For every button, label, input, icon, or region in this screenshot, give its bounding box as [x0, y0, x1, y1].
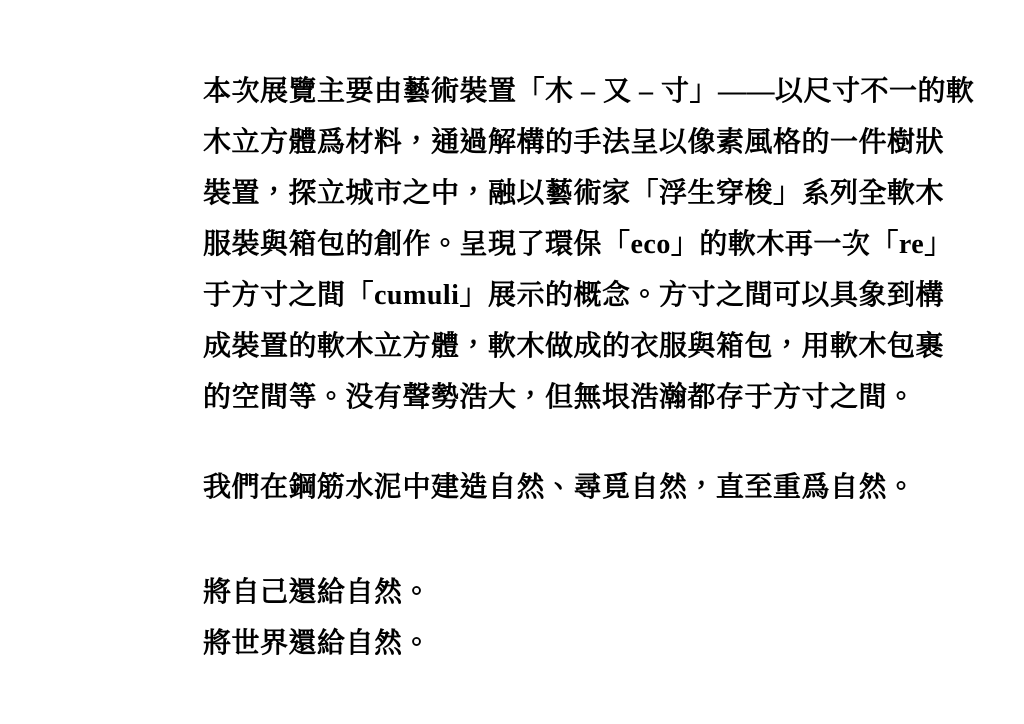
paragraph-nature-statement: 我們在鋼筋水泥中建造自然、尋覓自然，直至重爲自然。 [203, 462, 843, 513]
paragraph1-line: 服裝與箱包的創作。呈現了環保「eco」的軟木再一次「re」 [203, 219, 843, 270]
paragraph1-line: 的空間等。没有聲勢浩大，但無垠浩瀚都存于方寸之間。 [203, 372, 843, 423]
document-page: 本次展覽主要由藝術裝置「木 – 又 – 寸」——以尺寸不一的軟 木立方體爲材料，… [0, 0, 1024, 724]
text-block: 本次展覽主要由藝術裝置「木 – 又 – 寸」——以尺寸不一的軟 木立方體爲材料，… [203, 66, 843, 669]
paragraph3-line: 將世界還給自然。 [203, 618, 843, 669]
paragraph1-line: 木立方體爲材料，通過解構的手法呈以像素風格的一件樹狀 [203, 117, 843, 168]
paragraph-return-to-nature: 將自己還給自然。 將世界還給自然。 [203, 567, 843, 669]
paragraph3-line: 將自己還給自然。 [203, 567, 843, 618]
paragraph1-line: 裝置，探立城市之中，融以藝術家「浮生穿梭」系列全軟木 [203, 168, 843, 219]
paragraph-exhibition-description: 本次展覽主要由藝術裝置「木 – 又 – 寸」——以尺寸不一的軟 木立方體爲材料，… [203, 66, 843, 423]
paragraph1-line: 于方寸之間「cumuli」展示的概念。方寸之間可以具象到構 [203, 270, 843, 321]
paragraph1-line: 本次展覽主要由藝術裝置「木 – 又 – 寸」——以尺寸不一的軟 [203, 66, 843, 117]
paragraph1-line: 成裝置的軟木立方體，軟木做成的衣服與箱包，用軟木包裹 [203, 321, 843, 372]
paragraph2-line: 我們在鋼筋水泥中建造自然、尋覓自然，直至重爲自然。 [203, 462, 843, 513]
